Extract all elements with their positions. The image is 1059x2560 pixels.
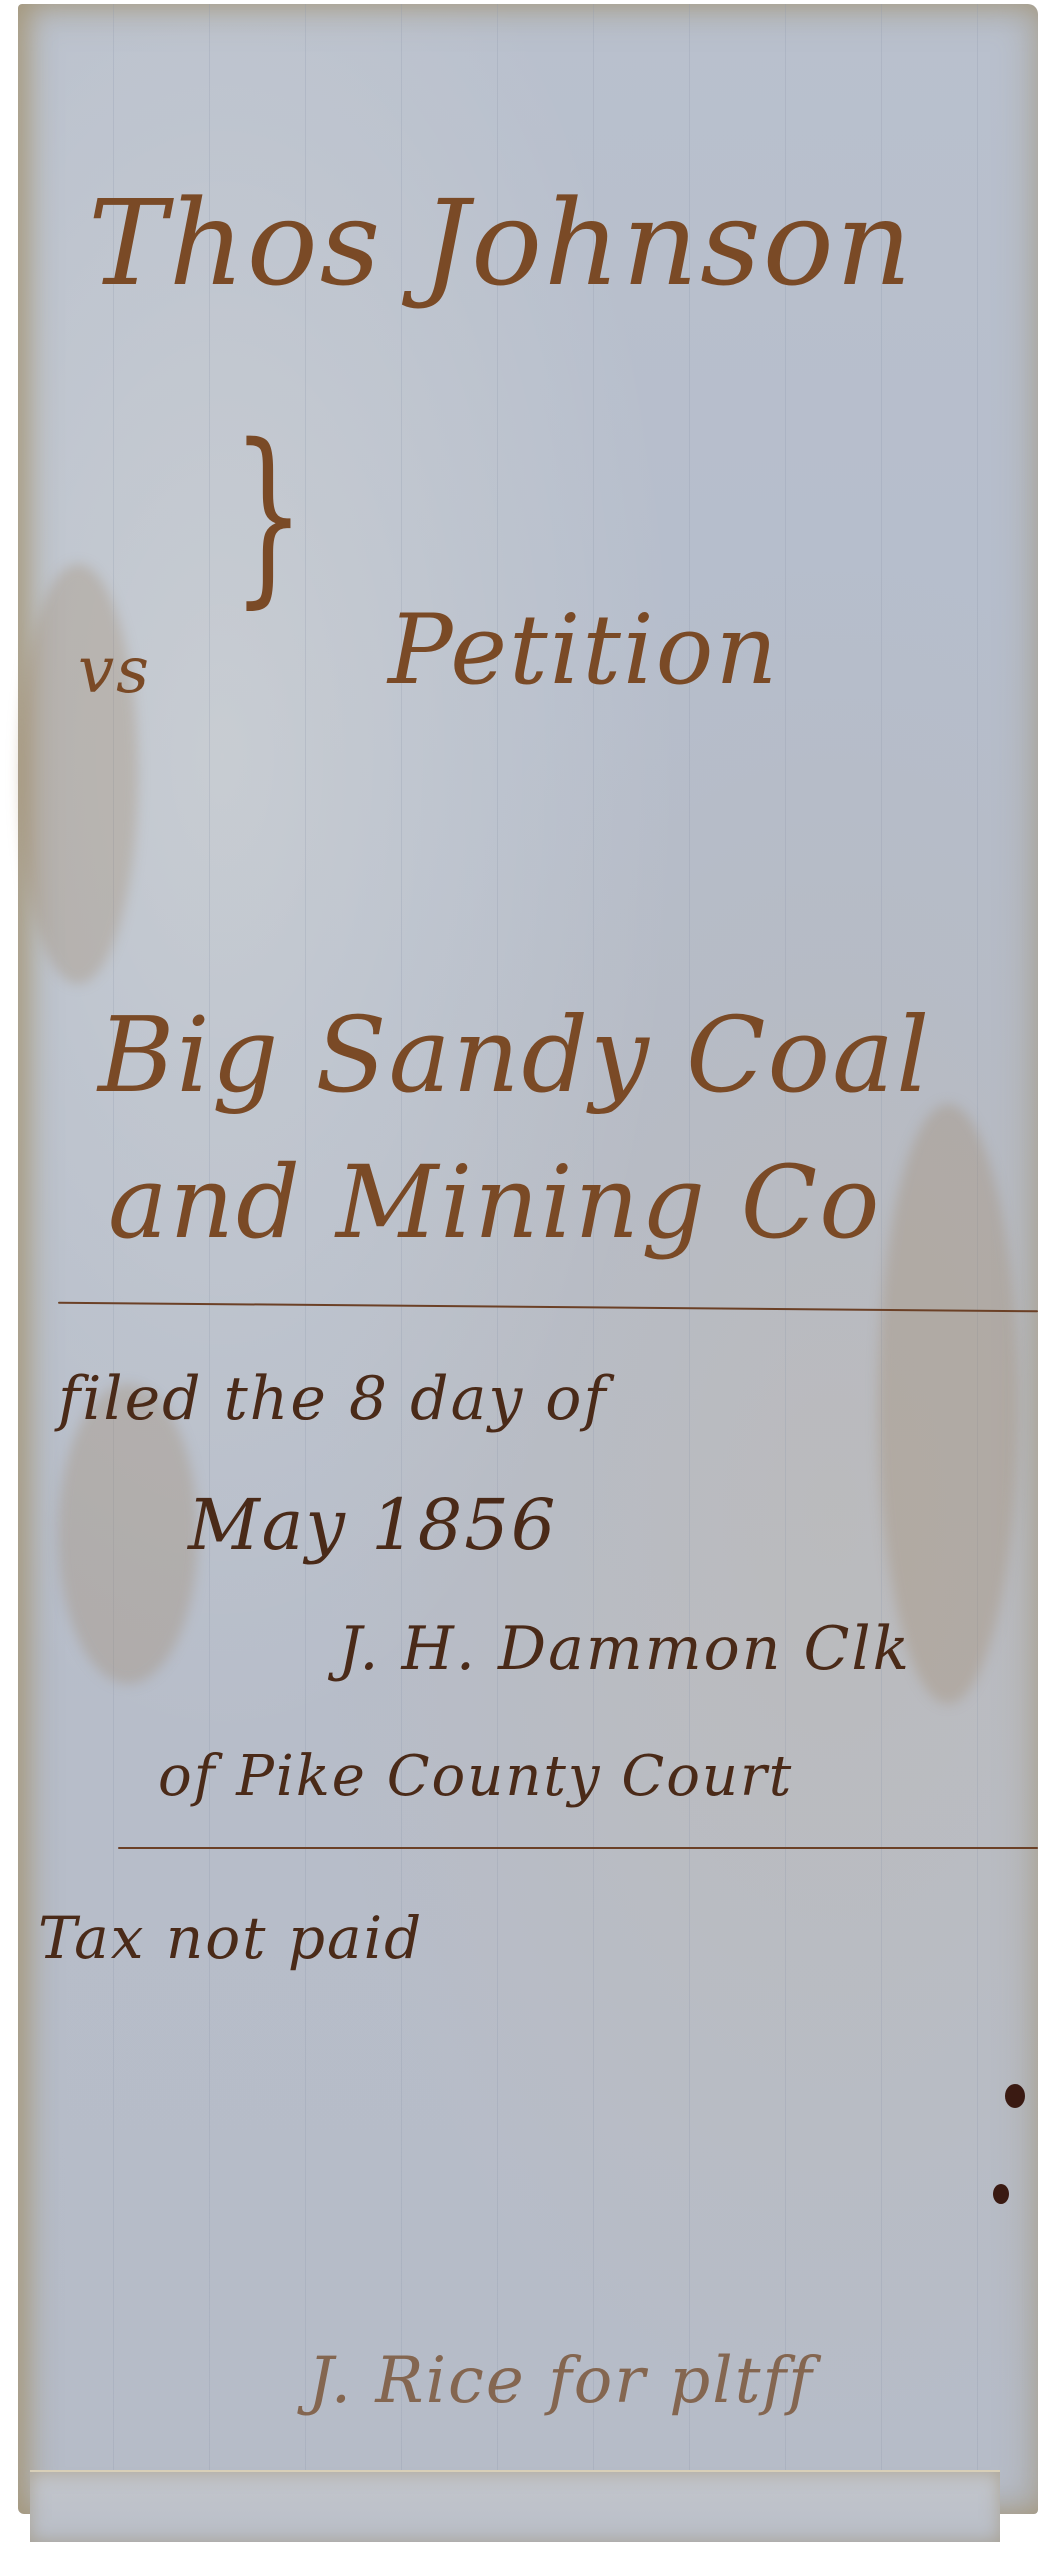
filed-date-line-1: filed the 8 day of [58, 1364, 608, 1434]
attorney-signature: J. Rice for pltff [308, 2344, 814, 2418]
tax-note: Tax not paid [38, 1904, 423, 1972]
divider-line [118, 1847, 1038, 1849]
versus-label: vs [78, 634, 151, 708]
folded-paper-edge [30, 2470, 1000, 2542]
document-paper: Thos Johnson } vs Petition Big Sandy Coa… [18, 4, 1038, 2514]
water-stain [18, 564, 138, 984]
defendant-line-2: and Mining Co [108, 1144, 882, 1261]
plaintiff-name: Thos Johnson [88, 174, 914, 312]
filing-type: Petition [388, 594, 779, 706]
filed-date-line-2: May 1856 [188, 1484, 557, 1566]
ink-blot [993, 2184, 1009, 2204]
brace-icon: } [232, 404, 305, 625]
clerk-signature: J. H. Dammon Clk [338, 1614, 911, 1684]
ink-blot [1005, 2084, 1025, 2108]
defendant-line-1: Big Sandy Coal [98, 994, 931, 1116]
court-name: of Pike County Court [158, 1744, 793, 1809]
